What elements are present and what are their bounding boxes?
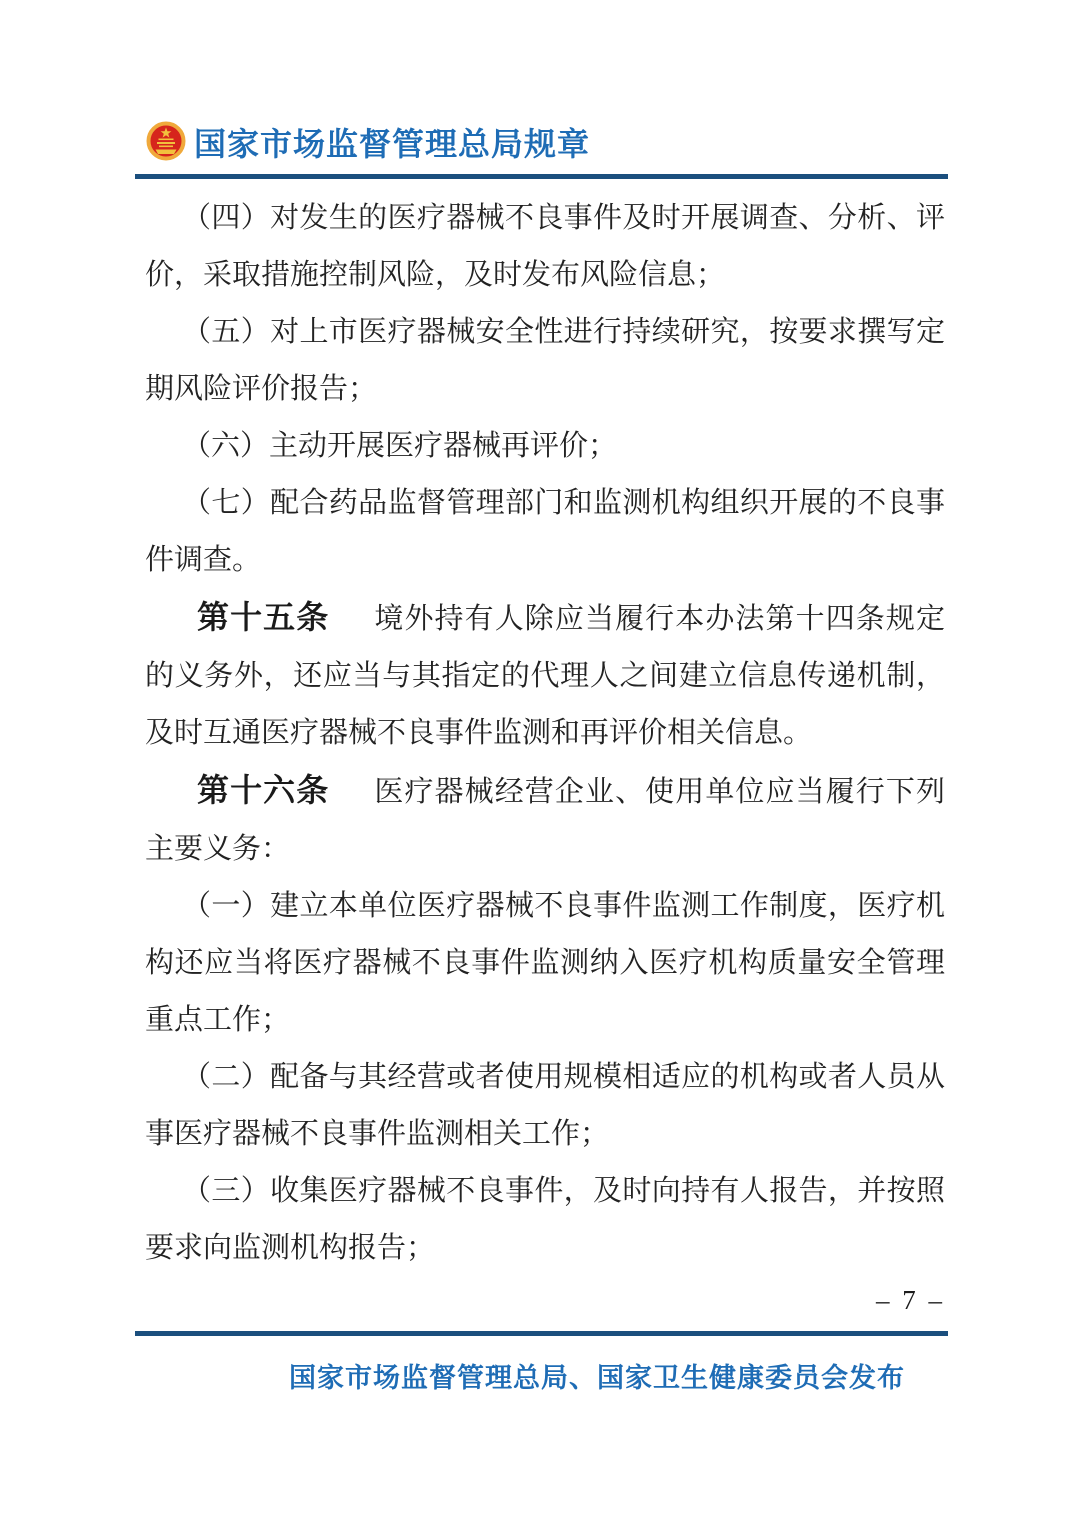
national-emblem-icon — [146, 118, 186, 165]
document-page: 国家市场监督管理总局规章 （四）对发生的医疗器械不良事件及时开展调查、分析、评价… — [0, 0, 1074, 1520]
page-title: 国家市场监督管理总局规章 — [194, 119, 590, 165]
footer-divider — [135, 1331, 948, 1336]
paragraph: （六）主动开展医疗器械再评价； — [145, 418, 945, 475]
paragraph: （二）配备与其经营或者使用规模相适应的机构或者人员从事医疗器械不良事件监测相关工… — [145, 1049, 945, 1163]
page-number: – 7 – — [135, 1283, 945, 1317]
article-number: 第十六条 — [197, 772, 329, 808]
publisher-line: 国家市场监督管理总局、国家卫生健康委员会发布 — [135, 1358, 905, 1398]
paragraph: （七）配合药品监督管理部门和监测机构组织开展的不良事件调查。 — [145, 475, 945, 589]
article-number: 第十五条 — [197, 599, 329, 635]
paragraph: （三）收集医疗器械不良事件，及时向持有人报告，并按照要求向监测机构报告； — [145, 1163, 945, 1277]
header-divider — [135, 174, 948, 179]
paragraph: 第十六条医疗器械经营企业、使用单位应当履行下列主要义务： — [145, 762, 945, 878]
paragraph: （四）对发生的医疗器械不良事件及时开展调查、分析、评价，采取措施控制风险，及时发… — [145, 190, 945, 304]
paragraph: （五）对上市医疗器械安全性进行持续研究，按要求撰写定期风险评价报告； — [145, 304, 945, 418]
document-body: （四）对发生的医疗器械不良事件及时开展调查、分析、评价，采取措施控制风险，及时发… — [145, 190, 945, 1277]
page-header: 国家市场监督管理总局规章 — [146, 118, 590, 165]
paragraph: （一）建立本单位医疗器械不良事件监测工作制度，医疗机构还应当将医疗器械不良事件监… — [145, 878, 945, 1049]
paragraph: 第十五条境外持有人除应当履行本办法第十四条规定的义务外，还应当与其指定的代理人之… — [145, 589, 945, 762]
